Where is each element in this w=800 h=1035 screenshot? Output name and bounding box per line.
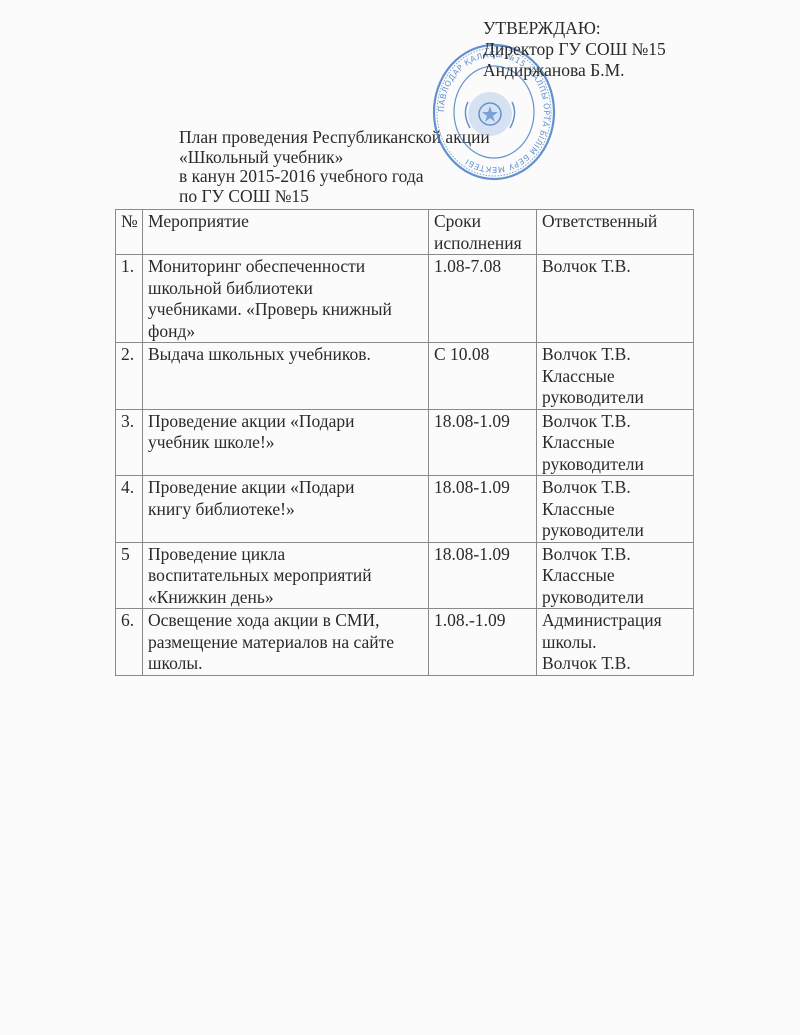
row-event: Проведение цикла воспитательных мероприя…	[143, 542, 429, 609]
row-dates: С 10.08	[429, 343, 537, 410]
approval-heading: УТВЕРЖДАЮ:	[483, 18, 666, 39]
row-number: 6.	[116, 609, 143, 676]
row-responsible: Администрация школы. Волчок Т.В.	[537, 609, 694, 676]
header-dates: Сроки исполнения	[429, 210, 537, 255]
header-event: Мероприятие	[143, 210, 429, 255]
row-number: 5	[116, 542, 143, 609]
plan-table: № Мероприятие Сроки исполнения Ответстве…	[115, 209, 694, 676]
table-row: 4. Проведение акции «Подари книгу библио…	[116, 476, 694, 543]
row-responsible: Волчок Т.В. Классные руководители	[537, 542, 694, 609]
row-responsible: Волчок Т.В. Классные руководители	[537, 343, 694, 410]
row-dates: 18.08-1.09	[429, 409, 537, 476]
header-number: №	[116, 210, 143, 255]
row-responsible: Волчок Т.В. Классные руководители	[537, 409, 694, 476]
approval-block: УТВЕРЖДАЮ: Директор ГУ СОШ №15 Андиржано…	[483, 18, 666, 81]
row-number: 2.	[116, 343, 143, 410]
row-number: 4.	[116, 476, 143, 543]
approval-position: Директор ГУ СОШ №15	[483, 39, 666, 60]
row-number: 3.	[116, 409, 143, 476]
row-event: Проведение акции «Подари учебник школе!»	[143, 409, 429, 476]
row-dates: 18.08-1.09	[429, 476, 537, 543]
row-event: Мониторинг обеспеченности школьной библи…	[143, 255, 429, 343]
table-row: 3. Проведение акции «Подари учебник школ…	[116, 409, 694, 476]
row-event: Освещение хода акции в СМИ, размещение м…	[143, 609, 429, 676]
table-row: 2. Выдача школьных учебников. С 10.08 Во…	[116, 343, 694, 410]
row-number: 1.	[116, 255, 143, 343]
row-dates: 1.08.-1.09	[429, 609, 537, 676]
row-dates: 1.08-7.08	[429, 255, 537, 343]
table-row: 5 Проведение цикла воспитательных меропр…	[116, 542, 694, 609]
table-header-row: № Мероприятие Сроки исполнения Ответстве…	[116, 210, 694, 255]
row-event: Выдача школьных учебников.	[143, 343, 429, 410]
approval-name: Андиржанова Б.М.	[483, 60, 666, 81]
title-line: по ГУ СОШ №15	[179, 187, 490, 207]
row-dates: 18.08-1.09	[429, 542, 537, 609]
row-responsible: Волчок Т.В. Классные руководители	[537, 476, 694, 543]
table-row: 1. Мониторинг обеспеченности школьной би…	[116, 255, 694, 343]
header-responsible: Ответственный	[537, 210, 694, 255]
row-event: Проведение акции «Подари книгу библиотек…	[143, 476, 429, 543]
table-row: 6. Освещение хода акции в СМИ, размещени…	[116, 609, 694, 676]
row-responsible: Волчок Т.В.	[537, 255, 694, 343]
